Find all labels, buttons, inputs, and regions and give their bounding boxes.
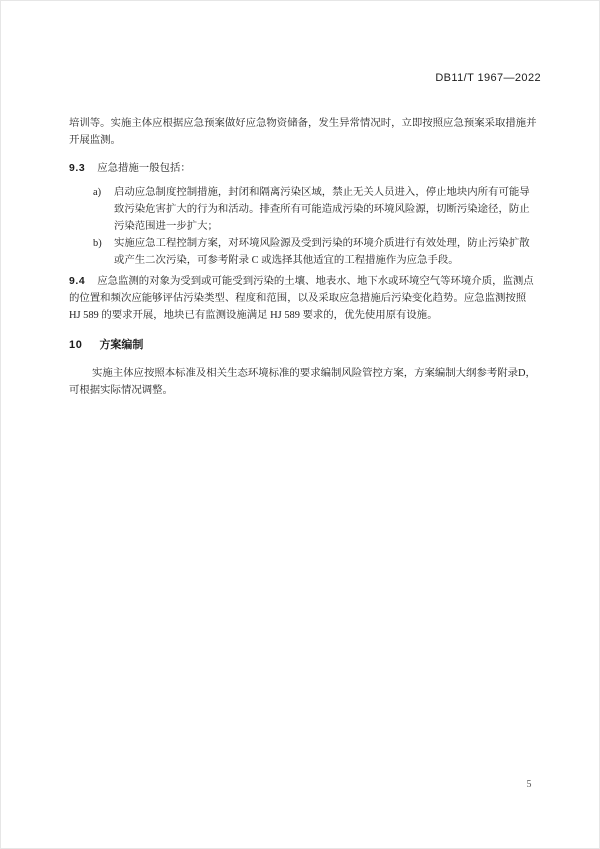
text-line: 污染范围进一步扩大；: [114, 218, 539, 235]
section-9-3-text: 应急措施一般包括：: [97, 163, 191, 174]
text-line: 启动应急制度控制措施，封闭和隔离污染区域，禁止无关人员进入，停止地块内所有可能导: [114, 184, 539, 201]
text-line: 可根据实际情况调整。: [69, 382, 539, 399]
text-line: 的位置和频次应能够评估污染类型、程度和范围，以及采取应急措施后污染变化趋势。应急…: [69, 290, 539, 307]
text-line: 9.4应急监测的对象为受到或可能受到污染的土壤、地表水、地下水或环境空气等环境介…: [69, 273, 539, 290]
list-item-a-text: 启动应急制度控制措施，封闭和隔离污染区域，禁止无关人员进入，停止地块内所有可能导…: [114, 184, 539, 235]
text-line: 培训等。实施主体应根据应急预案做好应急物资储备，发生异常情况时，立即按照应急预案…: [69, 115, 539, 132]
text-line: 致污染危害扩大的行为和活动。排查所有可能造成污染的环境风险源，切断污染途径，防止: [114, 201, 539, 218]
doc-number-header: DB11/T 1967—2022: [435, 72, 541, 84]
text-line: 或产生二次污染，可参考附录 C 或选择其他适宜的工程措施作为应急手段。: [114, 252, 539, 269]
section-9-4-line-1: 应急监测的对象为受到或可能受到污染的土壤、地表水、地下水或环境空气等环境介质，监…: [97, 276, 533, 287]
section-10-number: 10: [69, 339, 82, 351]
list-item-b-text: 实施应急工程控制方案，对环境风险源及受到污染的环境介质进行有效处理，防止污染扩散…: [114, 235, 539, 269]
text-line: HJ 589 的要求开展，地块已有监测设施满足 HJ 589 要求的，优先使用原…: [69, 307, 539, 324]
section-9-3-number: 9.3: [69, 163, 85, 174]
section-9-3-heading: 9.3应急措施一般包括：: [69, 160, 539, 177]
text-line: 开展监测。: [69, 132, 539, 149]
list-marker-a: a): [93, 184, 114, 235]
document-page: DB11/T 1967—2022 培训等。实施主体应根据应急预案做好应急物资储备…: [0, 0, 600, 849]
section-10-paragraph: 实施主体应按照本标准及相关生态环境标准的要求编制风险管控方案，方案编制大纲参考附…: [69, 365, 539, 399]
section-9-4-number: 9.4: [69, 276, 85, 287]
paragraph-continuation: 培训等。实施主体应根据应急预案做好应急物资储备，发生异常情况时，立即按照应急预案…: [69, 115, 539, 149]
list-item-a: a) 启动应急制度控制措施，封闭和隔离污染区域，禁止无关人员进入，停止地块内所有…: [93, 184, 539, 235]
page-number: 5: [521, 779, 537, 790]
text-line: 实施主体应按照本标准及相关生态环境标准的要求编制风险管控方案，方案编制大纲参考附…: [69, 365, 539, 382]
section-9-4-paragraph: 9.4应急监测的对象为受到或可能受到污染的土壤、地表水、地下水或环境空气等环境介…: [69, 273, 539, 324]
list-item-b: b) 实施应急工程控制方案，对环境风险源及受到污染的环境介质进行有效处理，防止污…: [93, 235, 539, 269]
list-marker-b: b): [93, 235, 114, 269]
list-9-3: a) 启动应急制度控制措施，封闭和隔离污染区域，禁止无关人员进入，停止地块内所有…: [93, 184, 539, 269]
section-10-text: 方案编制: [99, 339, 143, 351]
section-10-heading: 10方案编制: [69, 337, 539, 354]
text-line: 实施应急工程控制方案，对环境风险源及受到污染的环境介质进行有效处理，防止污染扩散: [114, 235, 539, 252]
